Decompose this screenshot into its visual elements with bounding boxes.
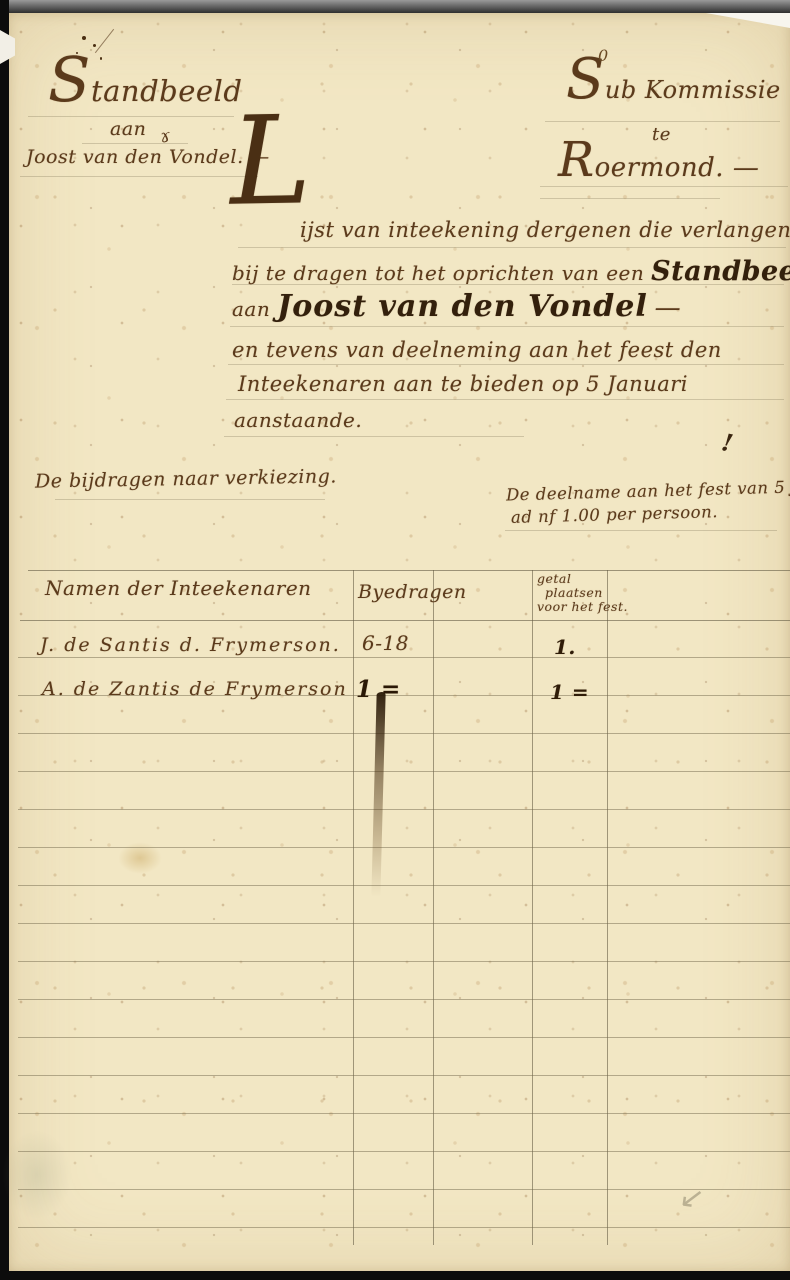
ruled-line <box>230 326 784 327</box>
ink-spatter <box>82 36 86 40</box>
corner-title-aan: aan <box>110 120 146 139</box>
paragraph-line-1: ijst van inteekening dergenen die verlan… <box>300 220 790 241</box>
scan-edge-left <box>0 0 9 1280</box>
paragraph-line-5: Inteekenaren aan te bieden op 5 Januari <box>238 374 688 395</box>
table-row-2-name: A. de Zantis de Frymerson <box>42 680 348 699</box>
ruled-underline <box>505 530 777 531</box>
ruled-underline <box>540 198 720 199</box>
flourished-initial: R <box>558 132 595 188</box>
table-row-2-seats: 1 = <box>550 682 589 702</box>
ledger-row-rules <box>18 620 790 1236</box>
scan-edge-bottom <box>0 1271 790 1280</box>
scan-edge-top <box>0 0 790 13</box>
table-row-1-contribution: 6-18 <box>362 633 409 653</box>
committee-place: Roermond. — <box>558 144 759 181</box>
ruled-underline <box>82 143 188 144</box>
emphasis-standbeeld: Standbeeld <box>651 256 790 287</box>
column-header-contributions: Byedragen <box>358 583 467 602</box>
paragraph-line-6: aanstaande. <box>234 410 362 430</box>
flourished-initial: S <box>48 43 91 116</box>
committee-te: te <box>652 126 671 144</box>
committee-name: Sub Kommissie <box>566 60 781 102</box>
column-header-names: Namen der Inteekenaren <box>45 578 312 598</box>
paragraph-line-2: bij te dragen tot het oprichten van een … <box>232 258 790 285</box>
ruled-line <box>226 399 784 400</box>
table-row-1-name: J. de Santis d. Frymerson. <box>40 636 341 655</box>
column-header-seats: getal plaatsen voor het fest. <box>537 572 628 613</box>
ruled-line <box>228 364 784 365</box>
ruled-underline <box>20 176 258 177</box>
ink-blot-o: 0 <box>598 46 608 65</box>
table-top-rule <box>28 570 790 571</box>
table-row-1-seats: 1. <box>554 637 576 657</box>
ink-spatter <box>93 44 96 47</box>
paragraph-line-3: aan Joost van den Vondel — <box>232 292 681 322</box>
ruled-underline <box>28 116 234 117</box>
ruled-line <box>238 247 786 248</box>
dropcap-L: L <box>229 99 313 222</box>
paragraph-line-4: en tevens van deelneming aan het feest d… <box>232 340 722 361</box>
document-scan: ↙ Standbeeld aan ɤ Joost van den Vondel.… <box>0 0 790 1280</box>
corner-title: Standbeeld <box>48 58 242 106</box>
ruled-underline <box>55 499 325 500</box>
emphasis-vondel: Joost van den Vondel <box>277 289 648 324</box>
ruled-underline <box>545 121 780 122</box>
note-contributions: De bijdragen naar verkiezing. <box>35 467 337 491</box>
ruled-line <box>224 436 524 437</box>
